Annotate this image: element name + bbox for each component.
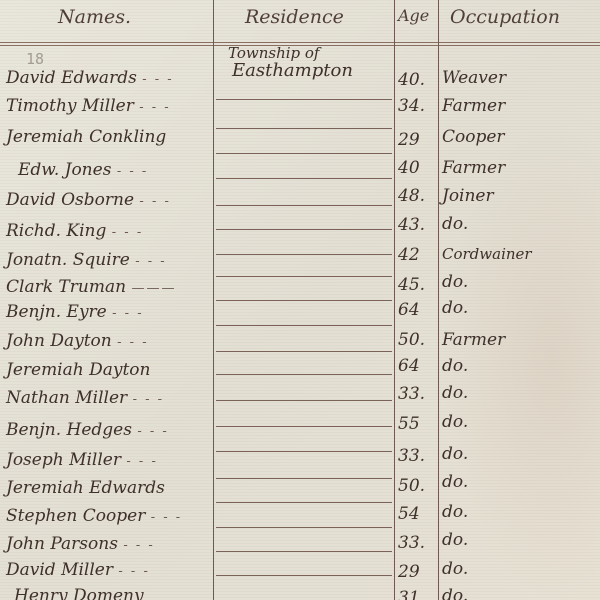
row-rule (216, 451, 392, 452)
occupation-cell: Farmer (442, 158, 505, 178)
age-cell: 40 (398, 158, 420, 178)
name-cell: Clark Truman ——— (6, 277, 176, 297)
column-divider-occupation (438, 0, 439, 600)
row-rule (216, 178, 392, 179)
row-rule (216, 527, 392, 528)
age-cell: 40. (398, 70, 425, 90)
occupation-cell: Farmer (442, 96, 505, 116)
name-cell: Jonatn. Squire - - - (6, 250, 167, 270)
name-cell: Benjn. Eyre - - - (6, 302, 144, 322)
occupation-cell: do. (442, 383, 468, 403)
row-rule (216, 153, 392, 154)
name-cell: Joseph Miller - - - (6, 450, 158, 470)
name-cell: Benjn. Hedges - - - (6, 420, 169, 440)
occupation-cell: do. (442, 214, 468, 234)
occupation-cell: Cordwainer (442, 245, 532, 263)
name-cell: David Miller - - - (6, 560, 150, 580)
age-cell: 33. (398, 384, 425, 404)
row-rule (216, 426, 392, 427)
header-occupation: Occupation (450, 6, 560, 28)
age-cell: 29 (398, 562, 420, 582)
row-rule (216, 254, 392, 255)
column-divider-residence (213, 0, 214, 600)
row-rule (216, 502, 392, 503)
occupation-cell: do. (442, 559, 468, 579)
age-cell: 64 (398, 300, 420, 320)
age-cell: 50. (398, 330, 425, 350)
header-names: Names. (58, 6, 131, 28)
row-rule (216, 400, 392, 401)
age-cell: 48. (398, 186, 425, 206)
name-cell: Timothy Miller - - - (6, 96, 171, 116)
occupation-cell: do. (442, 530, 468, 550)
name-cell: John Dayton - - - (6, 331, 149, 351)
occupation-cell: do. (442, 298, 468, 318)
name-cell: Jeremiah Dayton (6, 360, 151, 380)
name-cell: Richd. King - - - (6, 221, 143, 241)
row-rule (216, 205, 392, 206)
residence-entry: Township of Easthampton (222, 44, 353, 80)
row-rule (216, 575, 392, 576)
ledger-page: Names. Residence Age Occupation 18 Towns… (0, 0, 600, 600)
name-cell: Stephen Cooper - - - (6, 506, 182, 526)
name-cell: Jeremiah Edwards (6, 478, 165, 498)
occupation-cell: Weaver (442, 68, 506, 88)
header-rule-top (0, 42, 600, 43)
occupation-cell: Joiner (442, 186, 494, 206)
occupation-cell: do. (442, 412, 468, 432)
occupation-cell: do. (442, 502, 468, 522)
age-cell: 31 (398, 588, 420, 600)
age-cell: 42 (398, 245, 420, 265)
row-rule (216, 229, 392, 230)
residence-line-2: Easthampton (222, 62, 353, 80)
age-cell: 33. (398, 446, 425, 466)
occupation-cell: Cooper (442, 127, 505, 147)
name-cell: Henry Domeny (14, 586, 144, 600)
occupation-cell: Farmer (442, 330, 505, 350)
age-cell: 29 (398, 130, 420, 150)
age-cell: 54 (398, 504, 420, 524)
age-cell: 50. (398, 476, 425, 496)
name-cell: John Parsons - - - (6, 534, 155, 554)
row-rule (216, 99, 392, 100)
header-residence: Residence (245, 6, 344, 28)
row-rule (216, 128, 392, 129)
name-cell: David Edwards - - - (6, 68, 174, 88)
folio-number: 18 (26, 50, 44, 68)
occupation-cell: do. (442, 472, 468, 492)
age-cell: 45. (398, 275, 425, 295)
name-cell: Edw. Jones - - - (18, 160, 148, 180)
row-rule (216, 325, 392, 326)
age-cell: 33. (398, 533, 425, 553)
age-cell: 34. (398, 96, 425, 116)
header-age: Age (398, 6, 429, 25)
row-rule (216, 300, 392, 301)
age-cell: 43. (398, 215, 425, 235)
occupation-cell: do. (442, 356, 468, 376)
name-cell: David Osborne - - - (6, 190, 171, 210)
row-rule (216, 374, 392, 375)
row-rule (216, 276, 392, 277)
row-rule (216, 551, 392, 552)
occupation-cell: do. (442, 444, 468, 464)
occupation-cell: do. (442, 586, 468, 600)
age-cell: 55 (398, 414, 420, 434)
row-rule (216, 351, 392, 352)
column-divider-age (394, 0, 395, 600)
name-cell: Nathan Miller - - - (6, 388, 164, 408)
table-header: Names. Residence Age Occupation (0, 0, 600, 42)
name-cell: Jeremiah Conkling (6, 127, 166, 147)
occupation-cell: do. (442, 272, 468, 292)
row-rule (216, 478, 392, 479)
age-cell: 64 (398, 356, 420, 376)
